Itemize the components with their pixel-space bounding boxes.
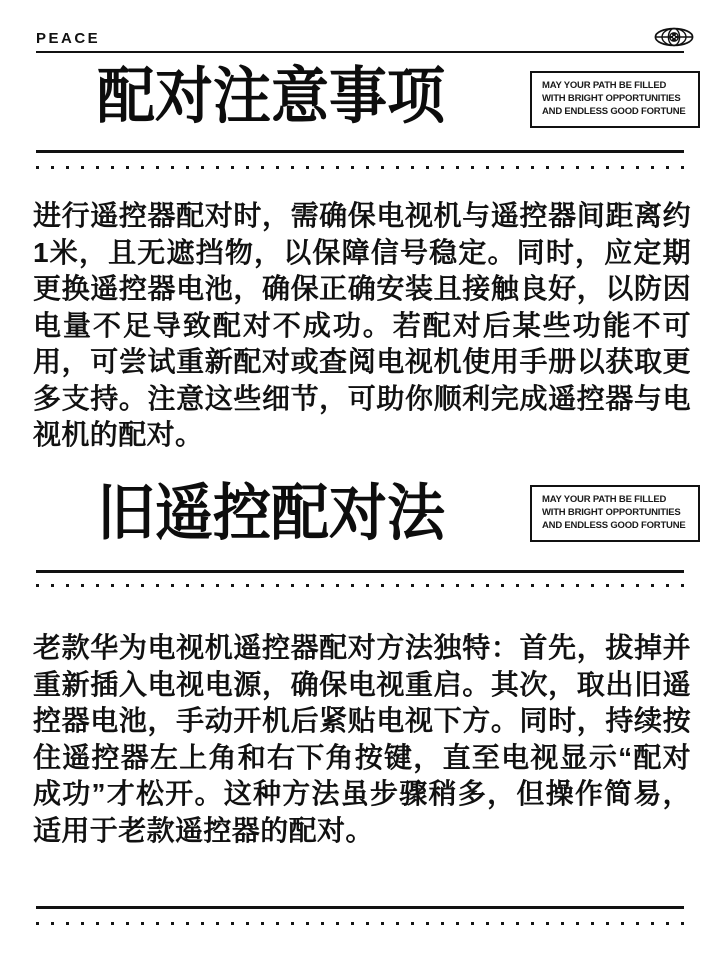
section2-dotted-divider (36, 584, 684, 587)
motto-line: WITH BRIGHT OPPORTUNITIES (542, 93, 694, 106)
globe-icon (654, 27, 694, 47)
section1-motto-box: MAY YOUR PATH BE FILLED WITH BRIGHT OPPO… (530, 71, 700, 128)
motto-line: AND ENDLESS GOOD FORTUNE (542, 106, 694, 119)
bottom-divider (36, 906, 684, 909)
motto-line: MAY YOUR PATH BE FILLED (542, 80, 694, 93)
page: PEACE 配对注意事项 MAY YOUR PATH BE FILLED WIT… (0, 0, 720, 960)
motto-line: WITH BRIGHT OPPORTUNITIES (542, 507, 694, 520)
section1-paragraph: 进行遥控器配对时，需确保电视机与遥控器间距离约1米，且无遮挡物，以保障信号稳定。… (33, 198, 691, 454)
section1-title: 配对注意事项 (36, 64, 506, 130)
section2-divider (36, 570, 684, 573)
section1-divider (36, 150, 684, 153)
bottom-dotted-divider (36, 922, 684, 925)
motto-line: AND ENDLESS GOOD FORTUNE (542, 520, 694, 533)
section1-dotted-divider (36, 166, 684, 169)
brand-logo: PEACE (36, 30, 100, 47)
section2-title: 旧遥控配对法 (36, 481, 506, 547)
section2-paragraph: 老款华为电视机遥控器配对方法独特：首先，拔掉并重新插入电视电源，确保电视重启。其… (33, 630, 691, 849)
motto-line: MAY YOUR PATH BE FILLED (542, 494, 694, 507)
header-divider (36, 51, 684, 53)
section2-motto-box: MAY YOUR PATH BE FILLED WITH BRIGHT OPPO… (530, 485, 700, 542)
